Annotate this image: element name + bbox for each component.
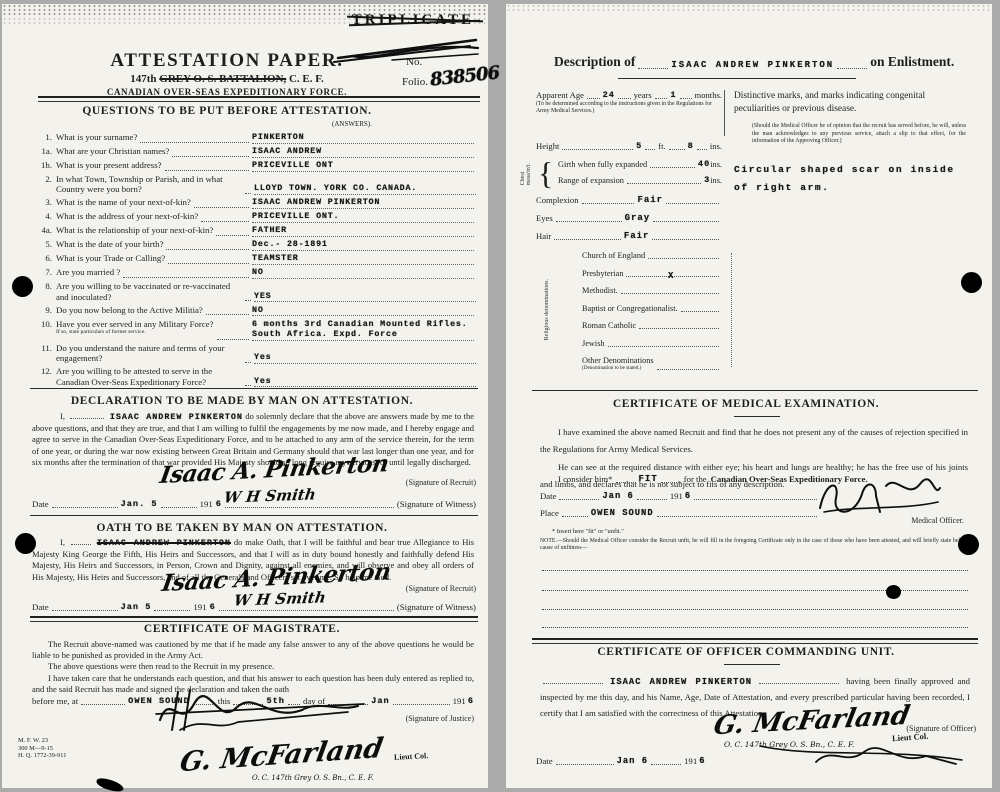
answer-value: TEAMSTER xyxy=(252,253,474,265)
year-digit: 6 xyxy=(216,499,222,509)
religion-group: Religious denominations. Church of Engla… xyxy=(536,251,722,371)
eyes-value: Gray xyxy=(625,213,651,223)
oath-title: OATH TO BE TAKEN BY MAN ON ATTESTATION. xyxy=(42,522,442,534)
dotted-leader xyxy=(697,143,707,150)
dotted-leader xyxy=(81,698,125,705)
description-title-suffix: on Enlistment. xyxy=(870,54,954,70)
religion-label: Other Denominations (Denomination to be … xyxy=(582,356,654,371)
complexion-label: Complexion xyxy=(536,195,579,205)
question-row: 12. Are you willing to be attested to se… xyxy=(30,366,474,387)
dotted-leader xyxy=(627,178,701,185)
religion-row: Jewish xyxy=(582,339,722,348)
dotted-leader xyxy=(554,233,621,240)
religion-row: Church of England xyxy=(582,251,722,260)
answer-value: PINKERTON xyxy=(252,132,474,144)
dotted-leader xyxy=(694,493,817,500)
question-footnote: If so, state particulars of former servi… xyxy=(56,329,214,335)
answer-value: Yes xyxy=(254,352,476,364)
questions-title: QUESTIONS TO BE PUT BEFORE ATTESTATION. xyxy=(42,105,412,117)
declaration-lead: I, xyxy=(60,411,65,421)
question-number: 4. xyxy=(30,211,56,221)
answer-value: ISAAC ANDREW xyxy=(252,146,474,158)
description-right-column: Distinctive marks, and marks indicating … xyxy=(734,90,972,198)
dotted-leader xyxy=(650,162,695,169)
magistrate-title: CERTIFICATE OF MAGISTRATE. xyxy=(42,623,442,635)
religion-name: Baptist or Congregationalist. xyxy=(582,304,678,313)
dotted-leader xyxy=(657,510,817,517)
girth-unit: ins. xyxy=(710,160,722,169)
commanding-date-row: Date Jan 6 191 6 xyxy=(536,756,796,766)
signature-of-witness-label: (Signature of Witness) xyxy=(397,602,476,612)
dotted-leader xyxy=(616,476,636,483)
date-label: Date xyxy=(32,499,49,509)
question-wording: Are you married ? xyxy=(56,267,120,277)
question-row: 10. Have you ever served in any Military… xyxy=(30,319,474,341)
answer-value: PRICEVILLE ONT. xyxy=(252,211,474,223)
religion-row: Roman Catholic xyxy=(582,321,722,330)
dotted-leader xyxy=(661,476,681,483)
question-text: What is the address of your next-of-kin? xyxy=(56,211,198,221)
question-text: What is your surname? xyxy=(56,132,137,142)
religion-name: Church of England xyxy=(582,251,645,260)
dotted-leader xyxy=(638,58,668,69)
question-number: 6. xyxy=(30,253,56,263)
dotted-leader xyxy=(562,143,633,150)
fit-footnote: * Insert here "fit" or "unfit." xyxy=(552,528,624,536)
question-text: What is the relationship of your next-of… xyxy=(56,225,213,235)
height-row: Height 5 ft. 8 ins. xyxy=(536,141,722,151)
question-number: 12. xyxy=(30,366,56,376)
girth-label: Girth when fully expanded xyxy=(558,160,647,169)
question-row: 6. What is your Trade or Calling? TEAMST… xyxy=(30,253,474,265)
dotted-leader xyxy=(52,501,118,508)
no-label: No. xyxy=(406,56,422,68)
religion-name: Presbyterian xyxy=(582,269,623,278)
height-feet-value: 5 xyxy=(636,141,642,151)
religion-divider xyxy=(731,253,732,367)
question-number: 5. xyxy=(30,239,56,249)
question-wording: Are you willing to be attested to serve … xyxy=(56,366,212,386)
question-number: 10. xyxy=(30,319,56,329)
consider-prefix: I consider him* xyxy=(558,474,613,484)
title-underline xyxy=(724,664,780,665)
answer-value: LLOYD TOWN. YORK CO. CANADA. xyxy=(254,183,476,195)
punch-hole xyxy=(15,533,36,554)
answer-value: Dec.- 28-1891 xyxy=(252,239,474,251)
declaration-date-row: Date Jan. 5 191 6 (Signature of Witness) xyxy=(32,499,476,509)
dotted-leader xyxy=(206,308,249,315)
answer-value: NO xyxy=(252,305,474,317)
blank-dotted-line xyxy=(542,608,968,610)
religion-label: Presbyterian xyxy=(582,269,623,278)
signature-of-witness-label: (Signature of Witness) xyxy=(397,499,476,509)
dotted-leader xyxy=(653,215,719,222)
question-row: 7. Are you married ? NO xyxy=(30,267,474,279)
commanding-title: CERTIFICATE OF OFFICER COMMANDING UNIT. xyxy=(546,646,946,658)
medical-para1: I have examined the above named Recruit … xyxy=(540,424,968,458)
dotted-leader xyxy=(669,143,685,150)
dotted-leader xyxy=(140,135,249,142)
form-number-line: H. Q. 1772-39-911 xyxy=(18,752,66,760)
punch-hole xyxy=(12,276,33,297)
apparent-age-note: (To be determined according to the instr… xyxy=(536,101,714,115)
religion-label: Jewish xyxy=(582,339,605,348)
chest-group: Chest meas'm't. { Girth when fully expan… xyxy=(536,159,722,185)
months-label: months. xyxy=(695,90,722,100)
religion-mark: X xyxy=(668,271,674,281)
apparent-age-label: Apparent Age xyxy=(536,90,584,100)
dotted-leader xyxy=(652,233,719,240)
dotted-leader xyxy=(245,355,251,362)
dotted-leader xyxy=(556,758,614,765)
dotted-leader xyxy=(161,501,197,508)
question-text: Are you married ? xyxy=(56,267,120,277)
dotted-leader xyxy=(216,228,249,235)
question-row: 2. In what Town, Township or Parish, and… xyxy=(30,174,474,195)
recruit-name-typed: ISAAC ANDREW PINKERTON xyxy=(671,60,834,70)
description-header: Description of ISAAC ANDREW PINKERTON on… xyxy=(554,54,970,70)
answer-value: 6 months 3rd Canadian Mounted Rifles. So… xyxy=(252,319,474,341)
dotted-blank xyxy=(759,677,839,684)
question-wording: What is the name of your next-of-kin? xyxy=(56,197,191,207)
apparent-age-row: Apparent Age 24 years 1 months. xyxy=(536,90,722,100)
question-number: 1. xyxy=(30,132,56,142)
religion-vertical-label: Religious denominations. xyxy=(544,279,550,340)
question-number: 2. xyxy=(30,174,56,184)
religion-row: Other Denominations (Denomination to be … xyxy=(582,356,722,371)
question-text: What is the date of your birth? xyxy=(56,239,163,249)
answer-value: Yes xyxy=(254,376,476,388)
form-number-line: M. F. W. 23 xyxy=(18,737,66,745)
religion-row: Presbyterian X xyxy=(582,269,722,278)
punch-hole xyxy=(958,534,979,555)
brace-glyph: { xyxy=(538,155,553,192)
ink-blot xyxy=(886,585,901,599)
distinctive-marks-heading: Distinctive marks, and marks indicating … xyxy=(734,90,972,115)
religion-row: Baptist or Congregationalist. xyxy=(582,304,722,313)
question-row: 3. What is the name of your next-of-kin?… xyxy=(30,197,474,209)
form-number-line: 300 M—9-15 xyxy=(18,745,66,753)
questions-list: 1. What is your surname? PINKERTON 1a. W… xyxy=(30,132,474,390)
question-number: 11. xyxy=(30,343,56,353)
girth-row: Girth when fully expanded 40 ins. xyxy=(558,159,722,169)
dotted-leader xyxy=(123,270,249,277)
signature-of-recruit-label: (Signature of Recruit) xyxy=(406,478,476,487)
question-text: Do you now belong to the Active Militia? xyxy=(56,305,203,315)
magistrate-para2: The above questions were then read to th… xyxy=(32,661,474,672)
question-number: 1b. xyxy=(30,160,56,170)
religion-label: Methodist. xyxy=(582,286,618,295)
answer-value: PRICEVILLE ONT xyxy=(252,160,474,172)
dotted-leader xyxy=(651,758,681,765)
place-value: OWEN SOUND xyxy=(591,508,654,518)
dotted-leader xyxy=(166,242,249,249)
question-row: 1b. What is your present address? PRICEV… xyxy=(30,160,474,172)
dotted-leader xyxy=(393,698,450,705)
age-months-value: 1 xyxy=(670,90,676,100)
dotted-leader xyxy=(639,323,719,330)
girth-value: 40 xyxy=(698,159,710,169)
distinctive-marks-note: (Should the Medical Officer be of opinio… xyxy=(752,123,966,145)
signature-of-justice-label: (Signature of Justice) xyxy=(406,714,474,723)
oath-lead: I, xyxy=(60,537,65,547)
description-left-column: Apparent Age 24 years 1 months. (To be d… xyxy=(536,90,722,380)
question-number: 8. xyxy=(30,281,56,291)
question-row: 4a. What is the relationship of your nex… xyxy=(30,225,474,237)
question-row: 8. Are you willing to be vaccinated or r… xyxy=(30,281,474,302)
rank-stamp: Lieut Col. xyxy=(394,751,429,762)
question-number: 3. xyxy=(30,197,56,207)
medical-note: NOTE.—Should the Medical Officer conside… xyxy=(540,538,976,552)
dotted-leader xyxy=(165,163,249,170)
answers-label: (ANSWERS). xyxy=(332,120,372,128)
place-label: Place xyxy=(540,508,559,518)
complexion-row: Complexion Fair xyxy=(536,195,722,205)
year-printed: 191 xyxy=(684,756,697,766)
year-digit: 6 xyxy=(685,491,691,501)
religion-name: Methodist. xyxy=(582,286,618,295)
dotted-leader xyxy=(219,604,394,611)
dotted-leader xyxy=(562,510,588,517)
medical-title: CERTIFICATE OF MEDICAL EXAMINATION. xyxy=(546,398,946,410)
dotted-leader xyxy=(655,92,668,99)
fit-value: FIT xyxy=(639,474,658,484)
question-number: 7. xyxy=(30,267,56,277)
dotted-blank xyxy=(543,677,603,684)
question-row: 1a. What are your Christian names? ISAAC… xyxy=(30,146,474,158)
battalion-number: 147th xyxy=(130,73,156,85)
question-row: 5. What is the date of your birth? Dec.-… xyxy=(30,239,474,251)
question-wording: What is your Trade or Calling? xyxy=(56,253,165,263)
dotted-leader xyxy=(559,493,599,500)
column-divider xyxy=(724,90,725,136)
answer-value: YES xyxy=(254,291,476,303)
header-rule xyxy=(38,96,480,102)
expansion-row: Range of expansion 3 ins. xyxy=(558,175,722,185)
dotted-leader xyxy=(645,143,655,150)
dotted-leader xyxy=(666,197,719,204)
question-text: What is your Trade or Calling? xyxy=(56,253,165,263)
document-header: ATTESTATION PAPER. 147th GREY O. S. BATT… xyxy=(72,50,382,97)
magistrate-para1: The Recruit above-named was cautioned by… xyxy=(32,639,474,661)
question-row: 1. What is your surname? PINKERTON xyxy=(30,132,474,144)
description-page: Description of ISAAC ANDREW PINKERTON on… xyxy=(506,4,992,788)
page-title: ATTESTATION PAPER. xyxy=(72,50,382,72)
recruit-name-typed: ISAAC ANDREW PINKERTON xyxy=(97,538,231,548)
year-digit: 6 xyxy=(468,696,474,706)
complexion-value: Fair xyxy=(637,195,663,205)
dotted-leader xyxy=(217,332,249,339)
dotted-leader xyxy=(582,197,635,204)
date-value: Jan 6 xyxy=(602,491,633,501)
punch-hole xyxy=(961,272,982,293)
question-wording: What is the relationship of your next-of… xyxy=(56,225,213,235)
question-number: 4a. xyxy=(30,225,56,235)
question-wording: What are your Christian names? xyxy=(56,146,169,156)
dotted-leader xyxy=(52,604,118,611)
ink-blot xyxy=(95,776,125,792)
dotted-leader xyxy=(648,253,719,260)
oath-date-row: Date Jan 5 191 6 (Signature of Witness) xyxy=(32,602,476,612)
question-text: Are you willing to be vaccinated or re-v… xyxy=(56,281,242,302)
question-text: Are you willing to be attested to serve … xyxy=(56,366,242,387)
attestation-page: TRIPLICATE ATTESTATION PAPER. 147th GREY… xyxy=(2,4,488,788)
title-underline xyxy=(734,416,780,417)
height-label: Height xyxy=(536,141,559,151)
medical-place-row: Place OWEN SOUND xyxy=(540,508,820,518)
scanned-document: { "attestation": { "stamp": "TRIPLICATE"… xyxy=(0,0,1000,792)
question-wording: What is the address of your next-of-kin? xyxy=(56,211,198,221)
question-wording: What is the date of your birth? xyxy=(56,239,163,249)
battalion-line: 147th GREY O. S. BATTALION, C. E. F. xyxy=(72,73,382,85)
dotted-leader xyxy=(194,200,249,207)
battalion-struck-text: GREY O. S. BATTALION, xyxy=(159,73,286,85)
recruit-name-typed: ISAAC ANDREW PINKERTON xyxy=(610,677,752,687)
religion-note: (Denomination to be stated.) xyxy=(582,365,654,371)
question-row: 9. Do you now belong to the Active Milit… xyxy=(30,305,474,317)
dotted-leader xyxy=(168,256,249,263)
eyes-label: Eyes xyxy=(536,213,553,223)
year-digit: 6 xyxy=(210,602,216,612)
medical-officer-label: Medical Officer. xyxy=(911,516,964,525)
religion-label: Church of England xyxy=(582,251,645,260)
expansion-label: Range of expansion xyxy=(558,176,624,185)
question-wording: Do you understand the nature and terms o… xyxy=(56,343,225,363)
expansion-unit: ins. xyxy=(710,176,722,185)
justice-signature-scrawl xyxy=(152,686,382,732)
question-wording: Do you now belong to the Active Militia? xyxy=(56,305,203,315)
year-printed: 191 xyxy=(453,696,466,706)
question-wording: In what Town, Township or Parish, and in… xyxy=(56,174,223,194)
dotted-leader xyxy=(618,92,631,99)
dotted-leader xyxy=(225,501,394,508)
question-text: What are your Christian names? xyxy=(56,146,169,156)
dotted-leader xyxy=(245,294,251,301)
hair-value: Fair xyxy=(624,231,650,241)
feet-label: ft. xyxy=(658,141,665,151)
blank-dotted-line xyxy=(542,626,968,628)
dotted-leader xyxy=(154,604,190,611)
section-rule xyxy=(30,515,478,516)
distinctive-marks-value: Circular shaped scar on inside of right … xyxy=(734,161,970,197)
religion-row: Methodist. xyxy=(582,286,722,295)
year-printed: 191 xyxy=(670,491,683,501)
date-value: Jan 6 xyxy=(617,756,648,766)
dotted-leader xyxy=(556,215,622,222)
question-row: 4. What is the address of your next-of-k… xyxy=(30,211,474,223)
dotted-leader xyxy=(587,92,600,99)
dotted-leader xyxy=(245,379,251,386)
folio-number: 838506 xyxy=(429,62,500,90)
declaration-title: DECLARATION TO BE MADE BY MAN ON ATTESTA… xyxy=(42,395,442,407)
question-wording: What is your surname? xyxy=(56,132,137,142)
dotted-leader xyxy=(172,149,249,156)
inches-label: ins. xyxy=(710,141,722,151)
before-me-label: before me, at xyxy=(32,696,78,706)
year-digit: 6 xyxy=(699,756,705,766)
question-text: What is the name of your next-of-kin? xyxy=(56,197,191,207)
commanding-officer-signature: G. McFarland xyxy=(177,733,385,779)
dotted-leader xyxy=(681,305,719,312)
folio-label: Folio. xyxy=(402,76,428,88)
dotted-leader xyxy=(245,186,251,193)
answer-value: ISAAC ANDREW PINKERTON xyxy=(252,197,474,209)
recruit-name-typed: ISAAC ANDREW PINKERTON xyxy=(110,412,243,422)
question-text: Have you ever served in any Military For… xyxy=(56,319,214,336)
battalion-suffix: C. E. F. xyxy=(289,73,324,85)
header-underline xyxy=(618,78,856,79)
answer-value: FATHER xyxy=(252,225,474,237)
blank-dotted-line xyxy=(542,569,968,571)
date-value: Jan. 5 xyxy=(121,499,158,509)
dotted-leader xyxy=(637,493,667,500)
religion-label: Baptist or Congregationalist. xyxy=(582,304,678,313)
dotted-blank xyxy=(71,538,91,545)
dotted-leader xyxy=(201,214,249,221)
section-rule xyxy=(532,638,978,644)
dotted-leader xyxy=(657,364,719,371)
question-text: What is your present address? xyxy=(56,160,162,170)
description-title-prefix: Description of xyxy=(554,54,635,70)
dotted-leader xyxy=(621,288,719,295)
answer-value: NO xyxy=(252,267,474,279)
religion-name: Roman Catholic xyxy=(582,321,636,330)
signature-of-recruit-label: (Signature of Recruit) xyxy=(406,584,476,593)
year-printed: 191 xyxy=(200,499,213,509)
medical-officer-signature-scrawl xyxy=(814,472,944,518)
question-text: In what Town, Township or Parish, and in… xyxy=(56,174,242,195)
stamp-text: TRIPLICATE xyxy=(352,12,474,28)
height-inches-value: 8 xyxy=(688,141,694,151)
date-label: Date xyxy=(540,491,556,501)
question-text: Do you understand the nature and terms o… xyxy=(56,343,242,364)
section-rule xyxy=(30,388,478,389)
hair-label: Hair xyxy=(536,231,551,241)
triplicate-stamp: TRIPLICATE xyxy=(352,11,474,29)
dotted-leader xyxy=(680,92,692,99)
dotted-leader xyxy=(608,340,719,347)
years-label: years xyxy=(634,90,652,100)
section-rule xyxy=(532,390,978,391)
scan-noise xyxy=(506,4,992,12)
consider-mid: for the xyxy=(684,474,707,484)
question-wording: Are you willing to be vaccinated or re-v… xyxy=(56,281,230,301)
question-row: 11. Do you understand the nature and ter… xyxy=(30,343,474,364)
section-rule xyxy=(30,616,478,622)
question-wording: Have you ever served in any Military For… xyxy=(56,319,214,329)
date-value: Jan 5 xyxy=(121,602,152,612)
question-wording: What is your present address? xyxy=(56,160,162,170)
date-label: Date xyxy=(536,756,553,766)
date-label: Date xyxy=(32,602,49,612)
question-number: 9. xyxy=(30,305,56,315)
question-number: 1a. xyxy=(30,146,56,156)
religion-name: Jewish xyxy=(582,339,605,348)
dotted-leader xyxy=(837,58,867,69)
officer-unit-line: O. C. 147th Grey O. S. Bn., C. E. F. xyxy=(252,774,374,782)
age-years-value: 24 xyxy=(603,90,615,100)
dotted-blank xyxy=(70,412,104,419)
blank-dotted-line xyxy=(542,589,968,591)
hair-row: Hair Fair xyxy=(536,231,722,241)
eyes-row: Eyes Gray xyxy=(536,213,722,223)
year-printed: 191 xyxy=(193,602,206,612)
form-numbers: M. F. W. 23 300 M—9-15 H. Q. 1772-39-911 xyxy=(18,737,66,760)
religion-label: Roman Catholic xyxy=(582,321,636,330)
medical-date-row: Date Jan 6 191 6 xyxy=(540,491,820,501)
chest-vertical-label: Chest meas'm't. xyxy=(520,163,532,185)
